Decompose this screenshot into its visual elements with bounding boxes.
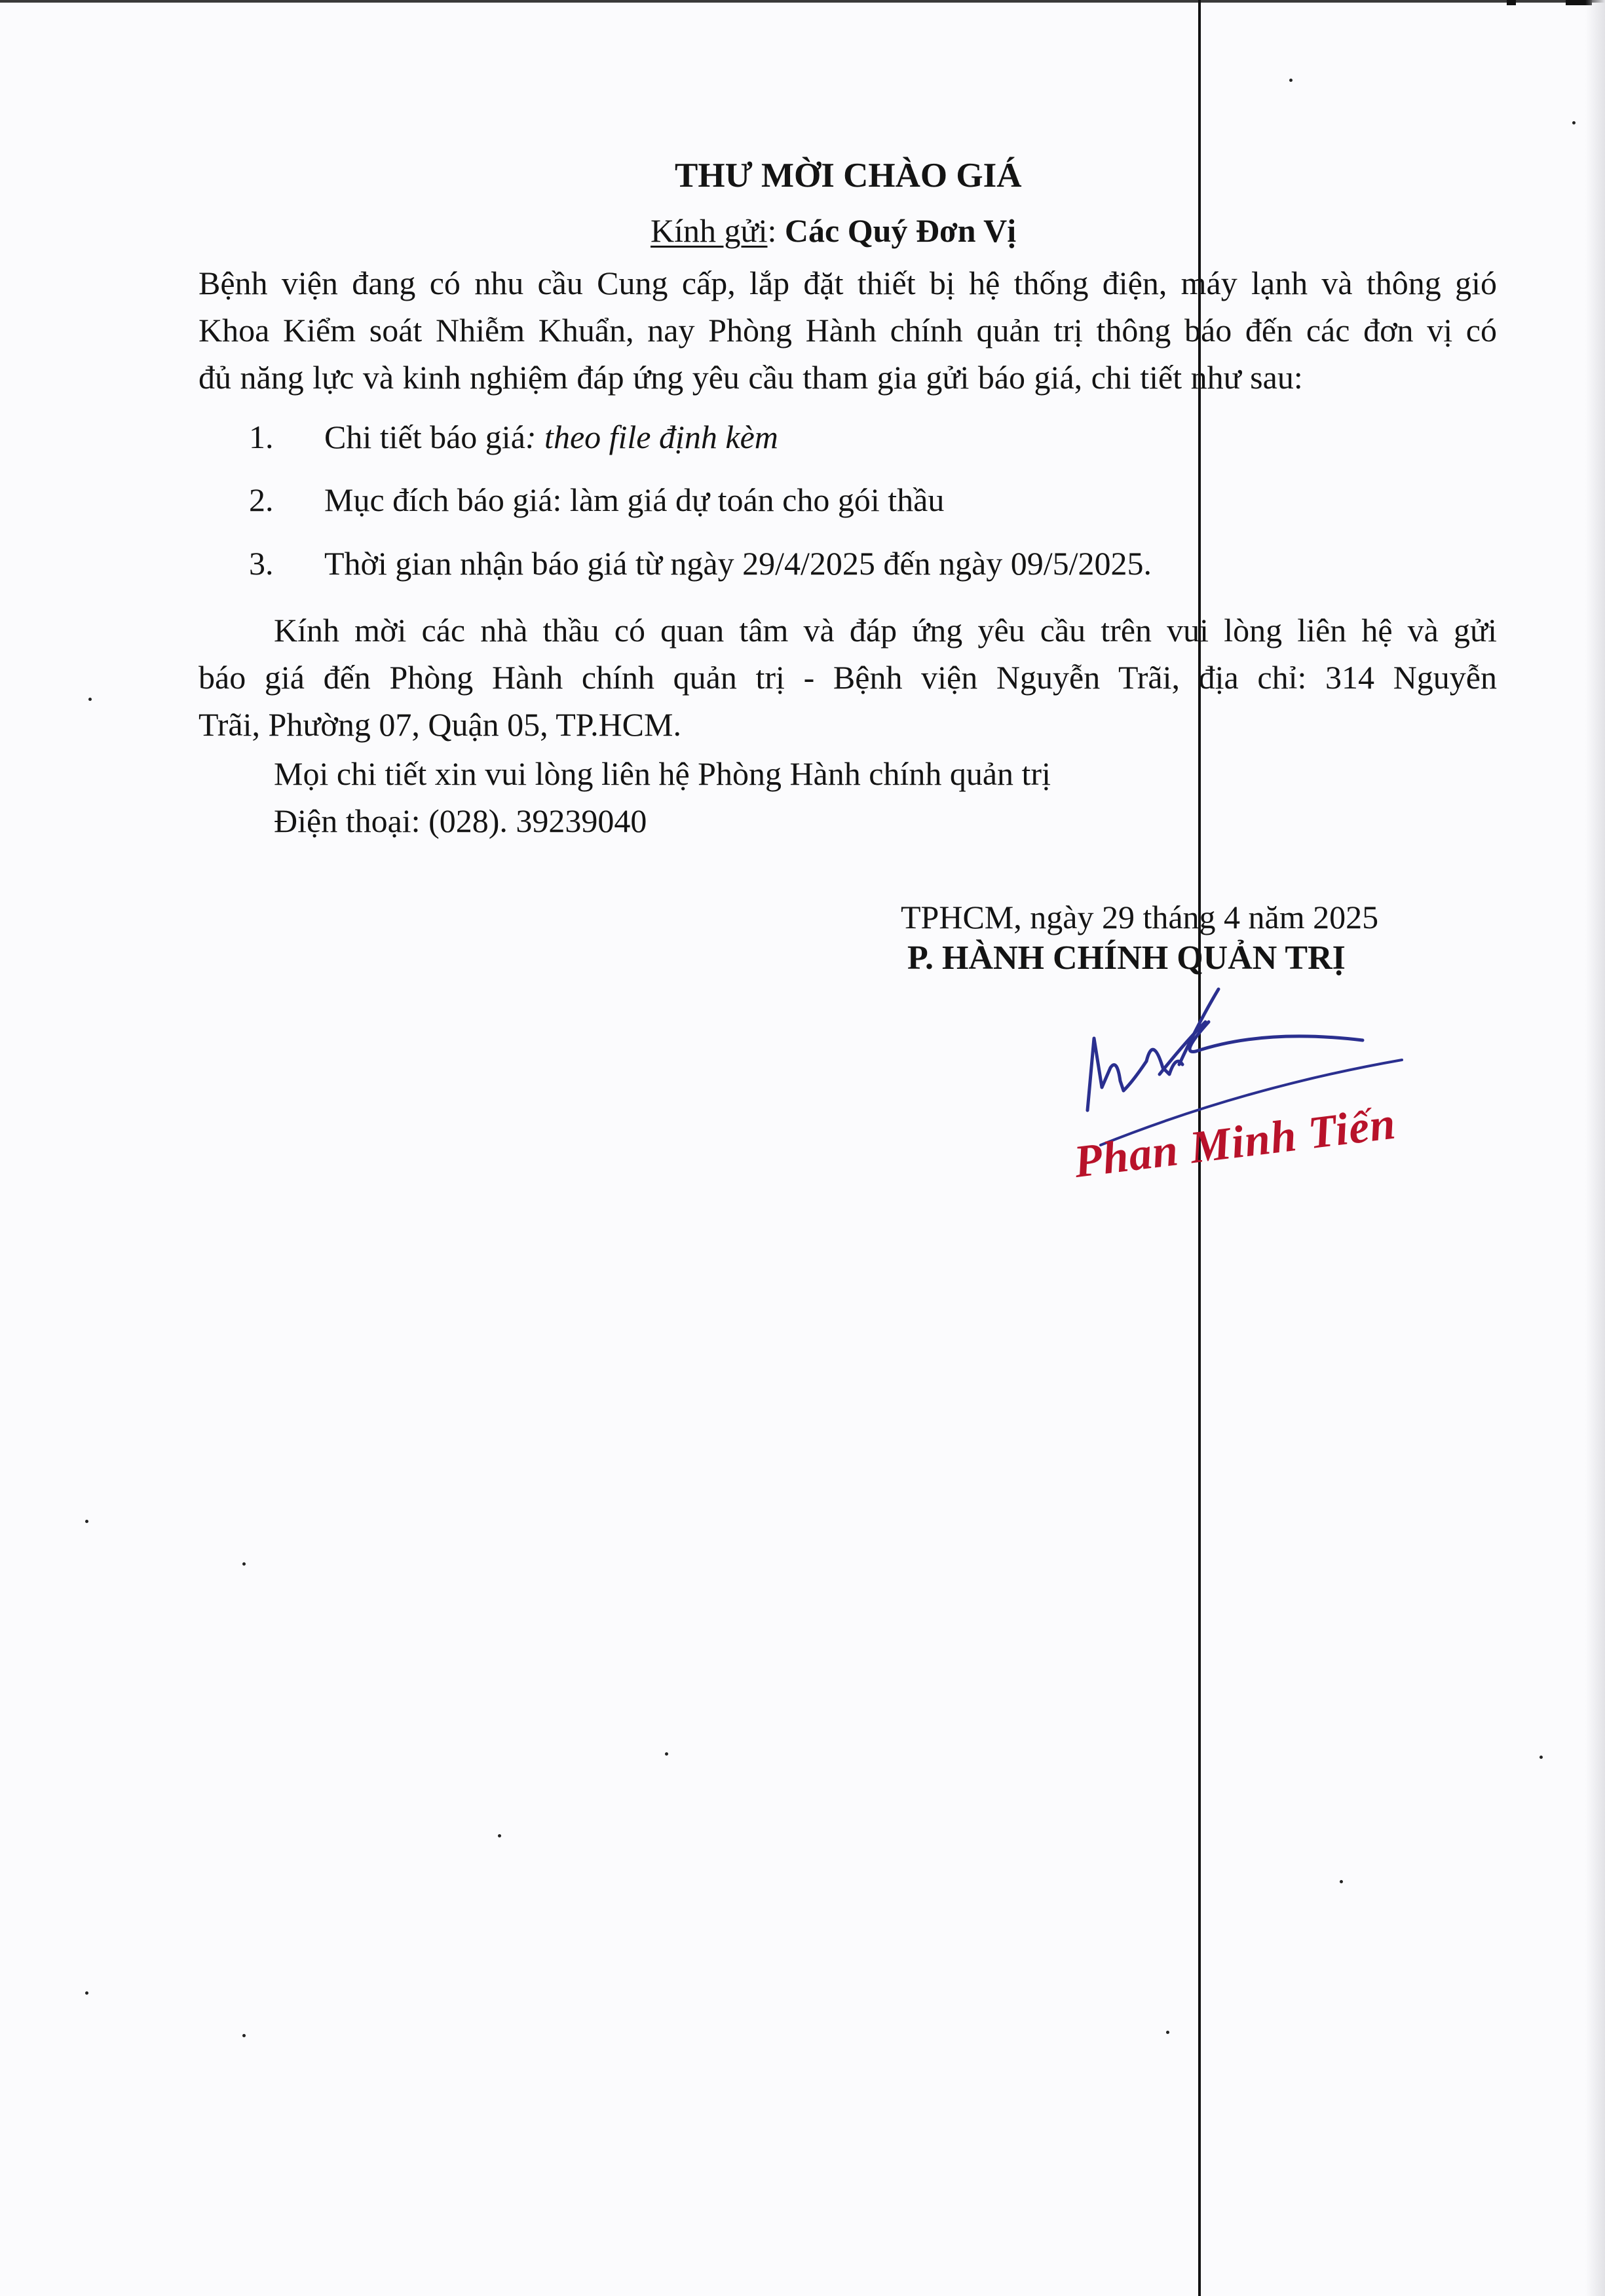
scan-corner-mark <box>1507 0 1516 5</box>
scan-edge-shade <box>1585 0 1605 2296</box>
list-item-number: 3. <box>249 544 324 583</box>
intro-line: đủ năng lực và kinh nghiệm đáp ứng yêu c… <box>198 358 1303 397</box>
invitation-line: Kính mời các nhà thầu có quan tâm và đáp… <box>274 611 1497 650</box>
list-item-separator: : <box>525 419 544 455</box>
intro-line: Khoa Kiểm soát Nhiễm Khuẩn, nay Phòng Hà… <box>198 311 1497 350</box>
scan-speck <box>88 698 92 701</box>
list-item-label: Chi tiết báo giá <box>324 419 525 455</box>
list-item-label: Mục đích báo giá <box>324 481 553 518</box>
salutation-recipient: Các Quý Đơn Vị <box>785 212 1016 249</box>
scan-speck <box>1166 2031 1169 2034</box>
scan-speck <box>1572 121 1576 124</box>
phone-label: Điện thoại: <box>274 802 428 839</box>
list-item: 2.Mục đích báo giá: làm giá dự toán cho … <box>249 480 944 519</box>
scan-speck <box>85 1520 88 1523</box>
salutation-label: Kính gửi <box>651 212 768 249</box>
scan-speck <box>1539 1756 1543 1759</box>
list-item-number: 2. <box>249 480 324 519</box>
list-item-number: 1. <box>249 417 324 457</box>
scan-speck <box>242 1562 246 1566</box>
phone-number: (028). 39239040 <box>428 802 647 839</box>
list-item-label: Thời gian nhận báo giá từ ngày 29/4/2025… <box>324 545 1152 582</box>
invitation-line: Trãi, Phường 07, Quận 05, TP.HCM. <box>198 705 681 744</box>
place-date: TPHCM, ngày 29 tháng 4 năm 2025 <box>901 897 1378 937</box>
salutation-separator: : <box>768 212 785 249</box>
list-item-value: làm giá dự toán cho gói thầu <box>570 481 944 518</box>
list-item: 3.Thời gian nhận báo giá từ ngày 29/4/20… <box>249 544 1152 583</box>
scan-top-border <box>0 0 1605 3</box>
salutation: Kính gửi: Các Quý Đơn Vị <box>651 211 1016 250</box>
scan-speck <box>1340 1880 1343 1883</box>
contact-line: Mọi chi tiết xin vui lòng liên hệ Phòng … <box>274 754 1051 793</box>
list-item-value: theo file định kèm <box>544 419 778 455</box>
scan-speck <box>665 1752 668 1756</box>
list-item: 1.Chi tiết báo giá: theo file định kèm <box>249 417 778 457</box>
department-title: P. HÀNH CHÍNH QUẢN TRỊ <box>907 939 1346 978</box>
phone-line: Điện thoại: (028). 39239040 <box>274 801 647 840</box>
scan-speck <box>1289 79 1293 82</box>
list-item-separator: : <box>553 481 570 518</box>
scan-speck <box>242 2034 246 2037</box>
document-title: THƯ MỜI CHÀO GIÁ <box>675 156 1022 195</box>
scan-speck <box>498 1834 501 1837</box>
intro-line: Bệnh viện đang có nhu cầu Cung cấp, lắp … <box>198 263 1497 303</box>
scan-speck <box>85 1991 88 1995</box>
invitation-line: báo giá đến Phòng Hành chính quản trị - … <box>198 658 1497 697</box>
